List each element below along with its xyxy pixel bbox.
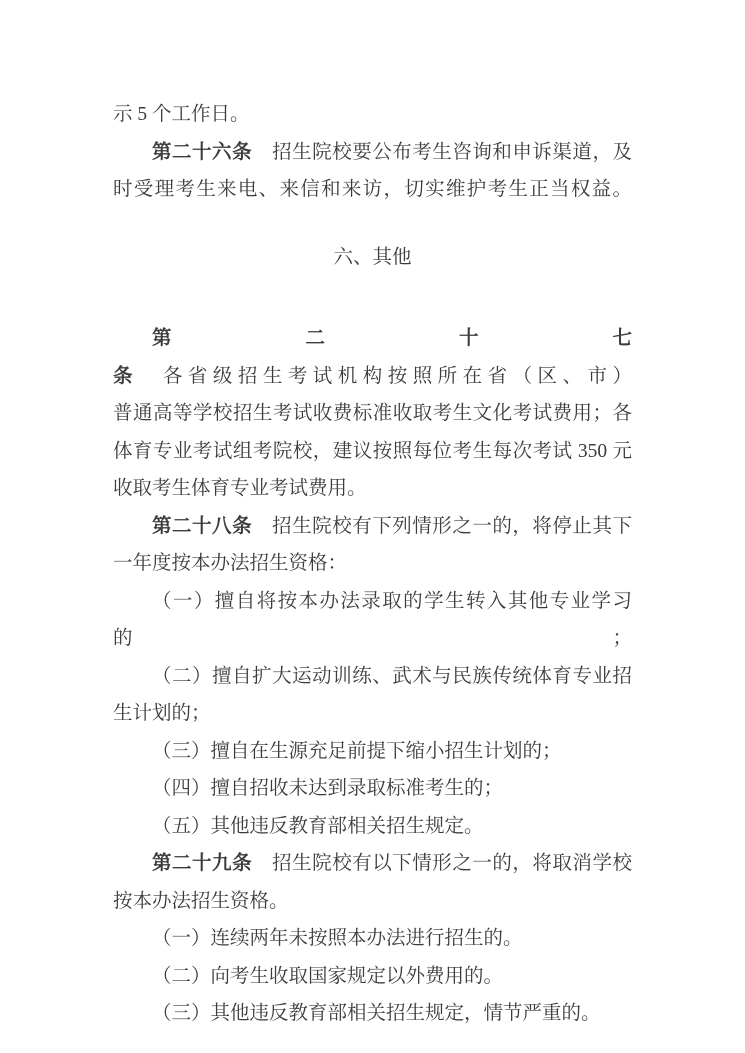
document-line: 一年度按本办法招生资格： bbox=[113, 545, 632, 583]
line-text: （二）向考生收取国家规定以外费用的。 bbox=[152, 966, 503, 987]
line-text: （二）擅自扩大运动训练、武术与民族传统体育专业招 bbox=[152, 666, 632, 687]
document-line: （三）擅自在生源充足前提下缩小招生计划的； bbox=[113, 733, 632, 771]
line-text: （三）其他违反教育部相关招生规定，情节严重的。 bbox=[152, 1003, 601, 1024]
document-line: 示 5 个工作日。 bbox=[113, 96, 632, 134]
line-text: 招生院校有以下情形之一的，将取消学校 bbox=[252, 853, 632, 874]
line-text: （五）其他违反教育部相关招生规定。 bbox=[152, 816, 484, 837]
line-text: （一）擅自将按本办法录取的学生转入其他专业学习的； bbox=[113, 591, 632, 650]
line-text: （一）连续两年未按照本办法进行招生的。 bbox=[152, 928, 523, 949]
line-text: 生计划的； bbox=[113, 703, 211, 724]
line-text: 收取考生体育专业考试费用。 bbox=[113, 478, 367, 499]
document-line: （一）连续两年未按照本办法进行招生的。 bbox=[113, 920, 632, 958]
line-text: 招生院校要公布考生咨询和申诉渠道，及 bbox=[252, 142, 632, 163]
document-line: 第二十七条 各省级招生考试机构按照所在省（区、市） bbox=[113, 320, 632, 395]
line-text: 招生院校有下列情形之一的，将停止其下 bbox=[252, 516, 632, 537]
line-text: （四）擅自招收未达到录取标准考生的； bbox=[152, 778, 503, 799]
document-line: （一）擅自将按本办法录取的学生转入其他专业学习的； bbox=[113, 583, 632, 658]
document-line: （三）其他违反教育部相关招生规定，情节严重的。 bbox=[113, 995, 632, 1033]
article-number: 第二十六条 bbox=[152, 142, 252, 163]
document-content: 示 5 个工作日。第二十六条 招生院校要公布考生咨询和申诉渠道，及时受理考生来电… bbox=[113, 96, 632, 1033]
section-heading: 六、其他 bbox=[113, 239, 632, 277]
line-text: 各省级招生考试机构按照所在省（区、市） bbox=[138, 366, 632, 387]
document-line: （二）向考生收取国家规定以外费用的。 bbox=[113, 958, 632, 996]
document-page: 示 5 个工作日。第二十六条 招生院校要公布考生咨询和申诉渠道，及时受理考生来电… bbox=[0, 0, 745, 1053]
document-line: 按本办法招生资格。 bbox=[113, 883, 632, 921]
document-line: 收取考生体育专业考试费用。 bbox=[113, 470, 632, 508]
line-text: 普通高等学校招生考试收费标准收取考生文化考试费用；各 bbox=[113, 403, 632, 424]
document-line: 生计划的； bbox=[113, 695, 632, 733]
line-text: （三）擅自在生源充足前提下缩小招生计划的； bbox=[152, 741, 562, 762]
document-line: 第二十六条 招生院校要公布考生咨询和申诉渠道，及 bbox=[113, 134, 632, 172]
line-text: 示 5 个工作日。 bbox=[113, 104, 250, 125]
document-line: （二）擅自扩大运动训练、武术与民族传统体育专业招 bbox=[113, 658, 632, 696]
line-text: 体育专业考试组考院校，建议按照每位考生每次考试 350 元 bbox=[113, 441, 632, 462]
line-text: 一年度按本办法招生资格： bbox=[113, 553, 347, 574]
document-line: （四）擅自招收未达到录取标准考生的； bbox=[113, 770, 632, 808]
document-line: 第二十九条 招生院校有以下情形之一的，将取消学校 bbox=[113, 845, 632, 883]
line-text: 按本办法招生资格。 bbox=[113, 891, 289, 912]
section-heading-text: 六、其他 bbox=[333, 247, 411, 268]
document-line: 第二十八条 招生院校有下列情形之一的，将停止其下 bbox=[113, 508, 632, 546]
document-line: 时受理考生来电、来信和来访，切实维护考生正当权益。 bbox=[113, 171, 632, 209]
document-line: 体育专业考试组考院校，建议按照每位考生每次考试 350 元 bbox=[113, 433, 632, 471]
line-text: 时受理考生来电、来信和来访，切实维护考生正当权益。 bbox=[113, 179, 632, 200]
article-number: 第二十九条 bbox=[152, 853, 252, 874]
document-line: （五）其他违反教育部相关招生规定。 bbox=[113, 808, 632, 846]
article-number: 第二十八条 bbox=[152, 516, 252, 537]
document-line: 普通高等学校招生考试收费标准收取考生文化考试费用；各 bbox=[113, 395, 632, 433]
